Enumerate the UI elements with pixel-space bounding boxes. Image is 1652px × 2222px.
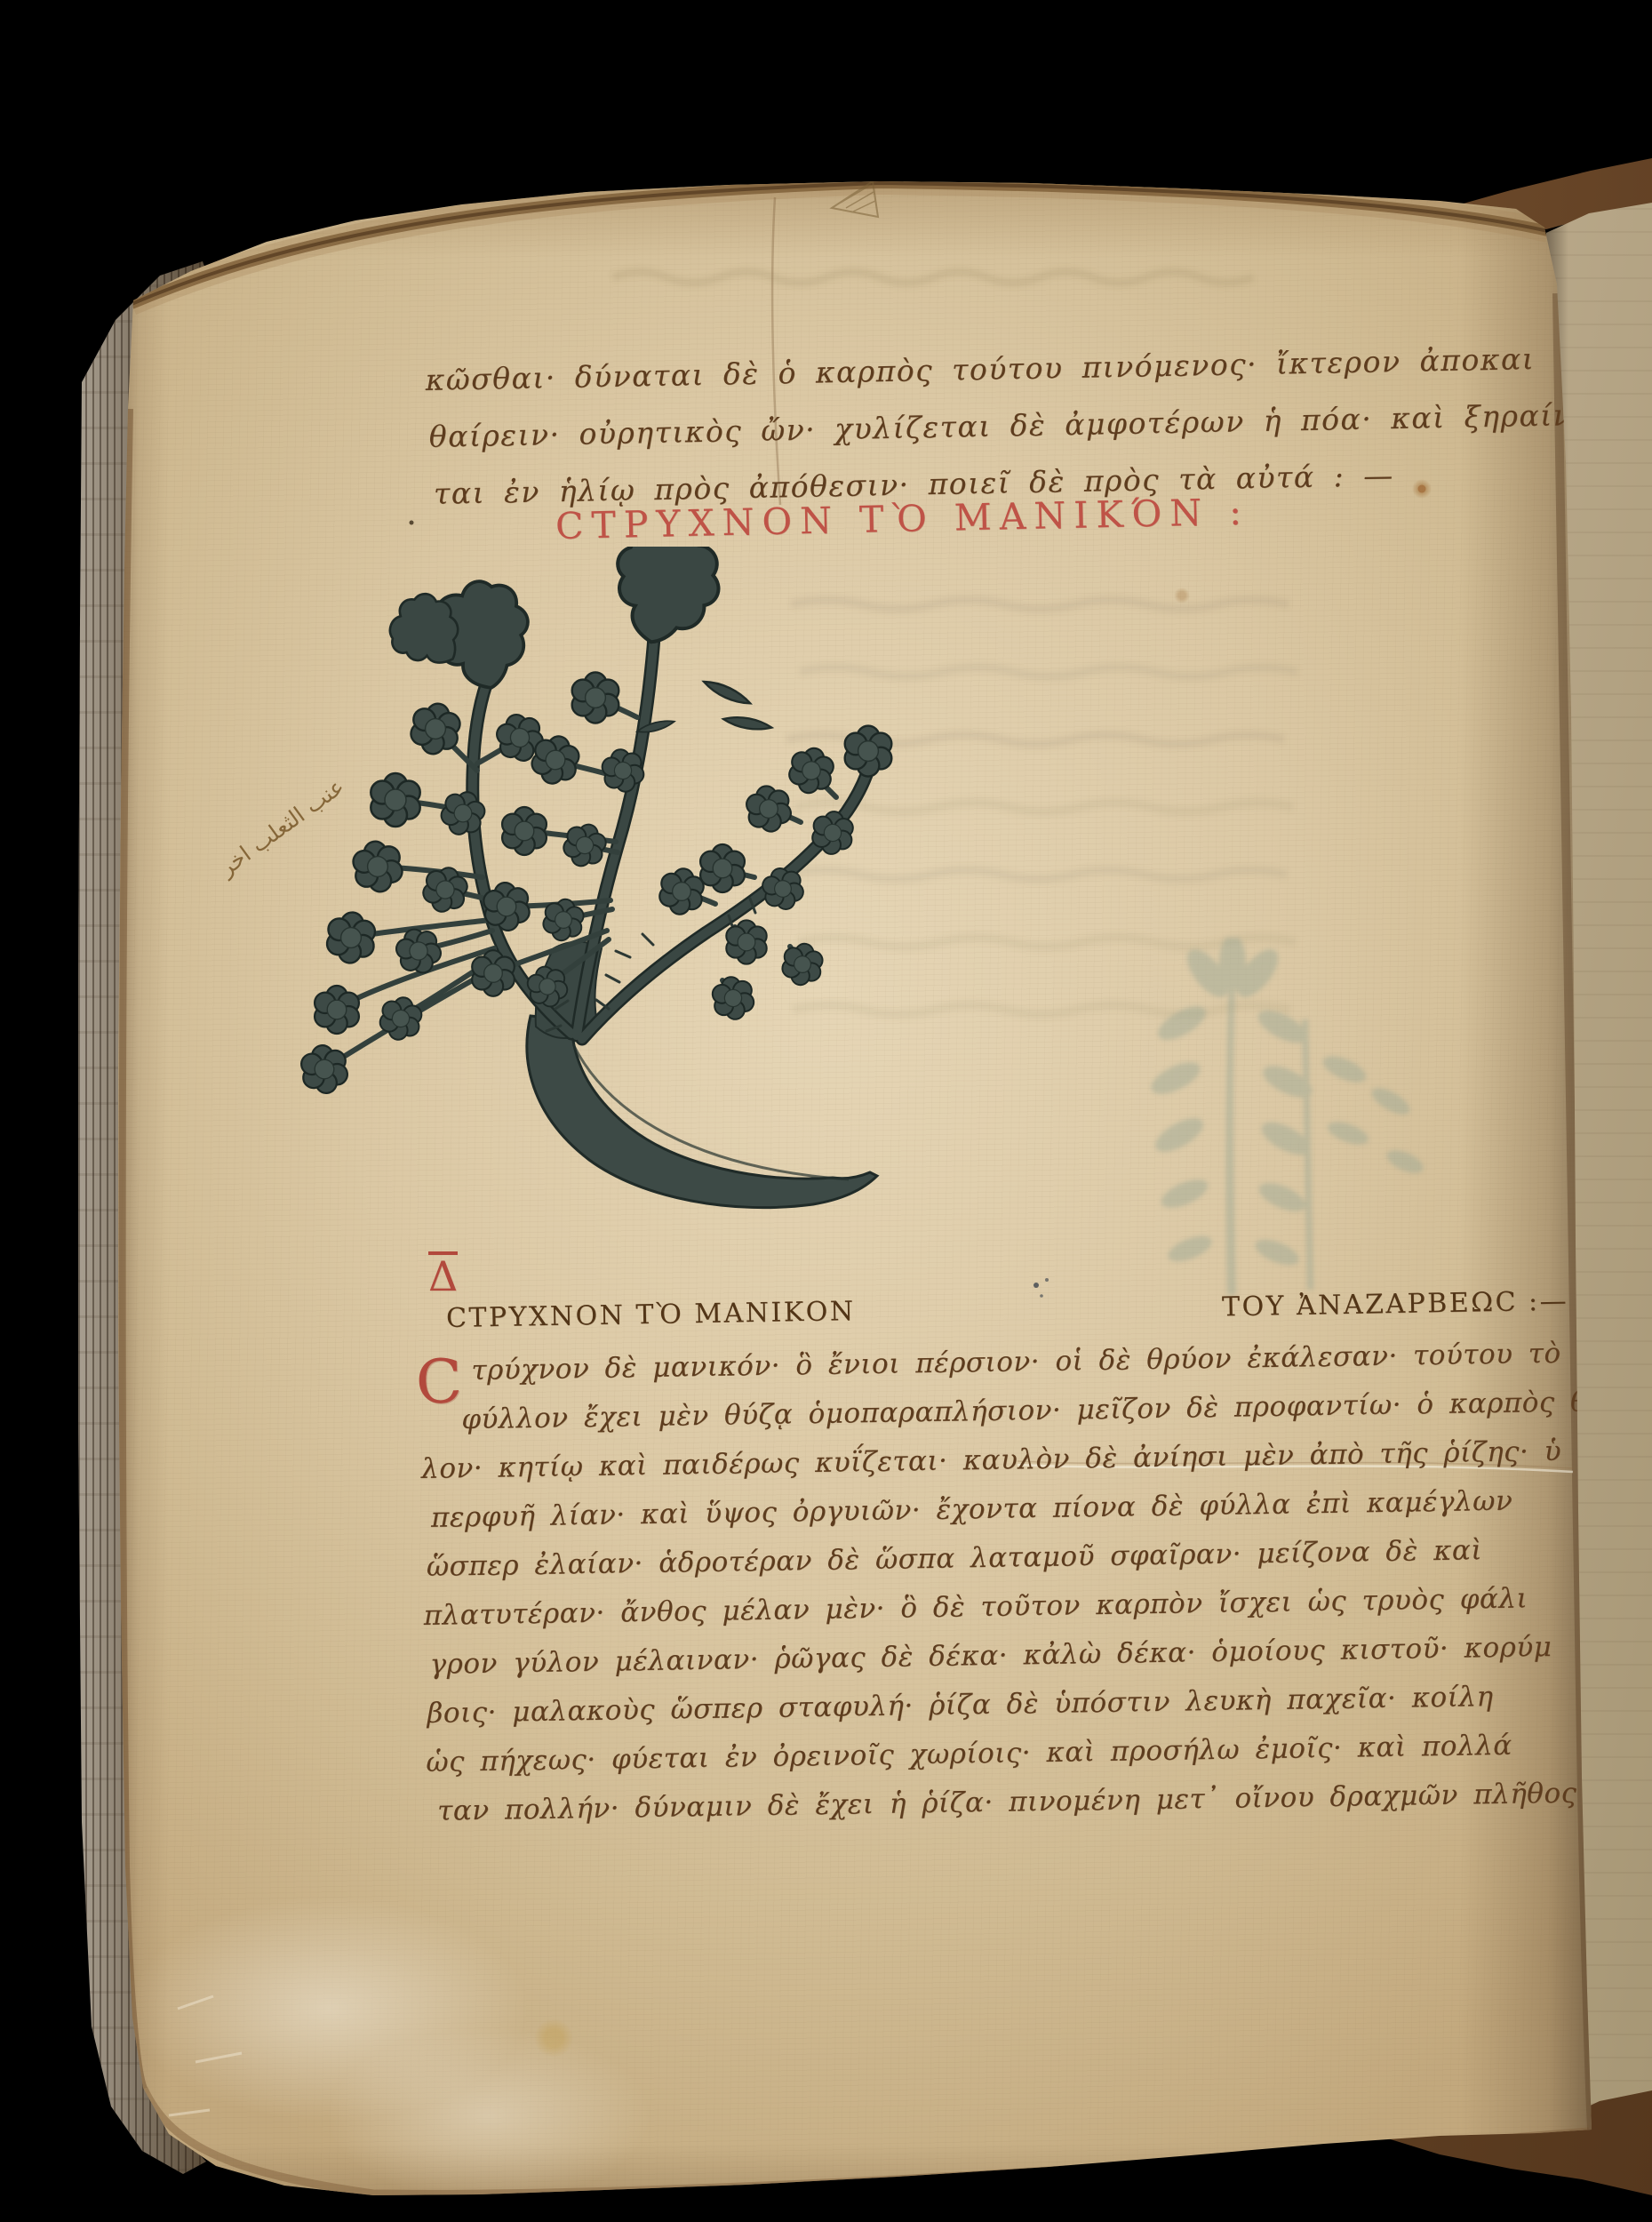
manuscript-page: κῶσθαι· δύναται δὲ ὁ καρπὸς τούτου πινόμ… xyxy=(116,178,1592,2197)
ghost-plant-impression xyxy=(1000,938,1484,1311)
chapter-number: Δ xyxy=(428,1251,458,1297)
body-paragraph: τρύχνον δὲ μανικόν· ὃ ἔνιοι πέρσιον· οἱ … xyxy=(419,1330,1582,1836)
column-header-right: ΤΟΥ ἈΝΑΖΑΡΒΕΩϹ :— xyxy=(1222,1286,1569,1323)
top-paragraph: κῶσθαι· δύναται δὲ ὁ καρπὸς τούτου πινόμ… xyxy=(425,332,1441,523)
plant-illustration xyxy=(235,547,911,1227)
corner-scratches xyxy=(169,1996,242,2115)
